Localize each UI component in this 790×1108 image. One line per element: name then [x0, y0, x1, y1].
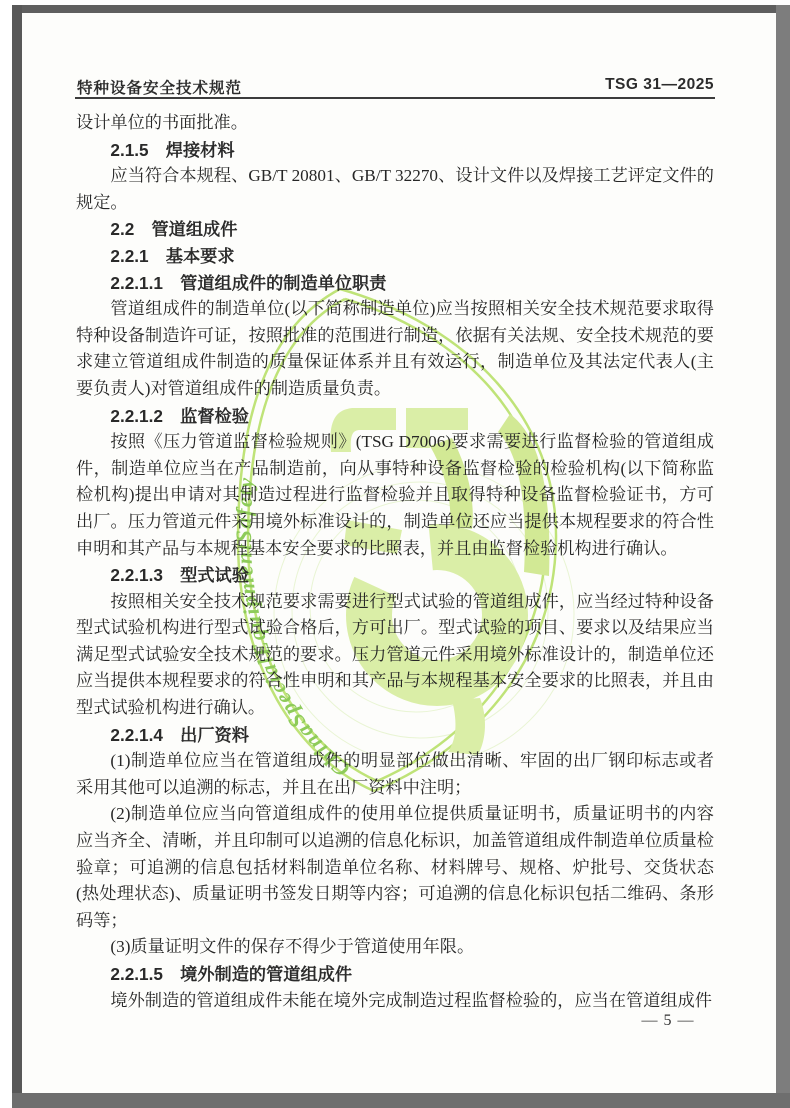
document-body: 设计单位的书面批准。2.1.5 焊接材料应当符合本规程、GB/T 20801、G…	[76, 110, 714, 1014]
section-heading: 2.1.5 焊接材料	[76, 137, 714, 164]
scan-edge-left	[12, 5, 22, 1108]
section-heading: 2.2.1.4 出厂资料	[76, 722, 714, 749]
section-heading: 2.2.1.5 境外制造的管道组成件	[76, 961, 714, 988]
document-code: TSG 31—2025	[605, 76, 714, 94]
section-heading: 2.2.1.3 型式试验	[76, 562, 714, 589]
page-number: — 5 —	[618, 1012, 718, 1030]
body-paragraph: 按照《压力管道监督检验规则》(TSG D7006)要求需要进行监督检验的管道组成…	[76, 429, 714, 562]
body-paragraph: 按照相关安全技术规范要求需要进行型式试验的管道组成件，应当经过特种设备型式试验机…	[76, 589, 714, 722]
body-paragraph: 应当符合本规程、GB/T 20801、GB/T 32270、设计文件以及焊接工艺…	[76, 163, 714, 216]
section-heading: 2.2.1 基本要求	[76, 243, 714, 270]
section-heading: 2.2 管道组成件	[76, 216, 714, 243]
body-paragraph: 境外制造的管道组成件未能在境外完成制造过程监督检验的，应当在管道组成件	[76, 988, 714, 1015]
document-title: 特种设备安全技术规范	[77, 76, 242, 98]
body-paragraph: (3)质量证明文件的保存不得少于管道使用年限。	[76, 934, 714, 961]
section-heading: 2.2.1.1 管道组成件的制造单位职责	[76, 270, 714, 297]
scan-edge-top	[12, 5, 778, 13]
scan-edge-right	[776, 5, 790, 1108]
body-paragraph: 管道组成件的制造单位(以下简称制造单位)应当按照相关安全技术规范要求取得特种设备…	[76, 296, 714, 402]
body-paragraph: 设计单位的书面批准。	[76, 110, 714, 137]
scan-edge-bottom	[12, 1093, 790, 1108]
body-paragraph: (1)制造单位应当在管道组成件的明显部位做出清晰、牢固的出厂钢印标志或者采用其他…	[76, 748, 714, 801]
section-heading: 2.2.1.2 监督检验	[76, 403, 714, 430]
scanned-document-page: ChinaSpecialEquipmentSafety 特种设备安全技术规范 T…	[0, 0, 790, 1108]
header-divider	[75, 97, 715, 99]
body-paragraph: (2)制造单位应当向管道组成件的使用单位提供质量证明书，质量证明书的内容应当齐全…	[76, 801, 714, 934]
